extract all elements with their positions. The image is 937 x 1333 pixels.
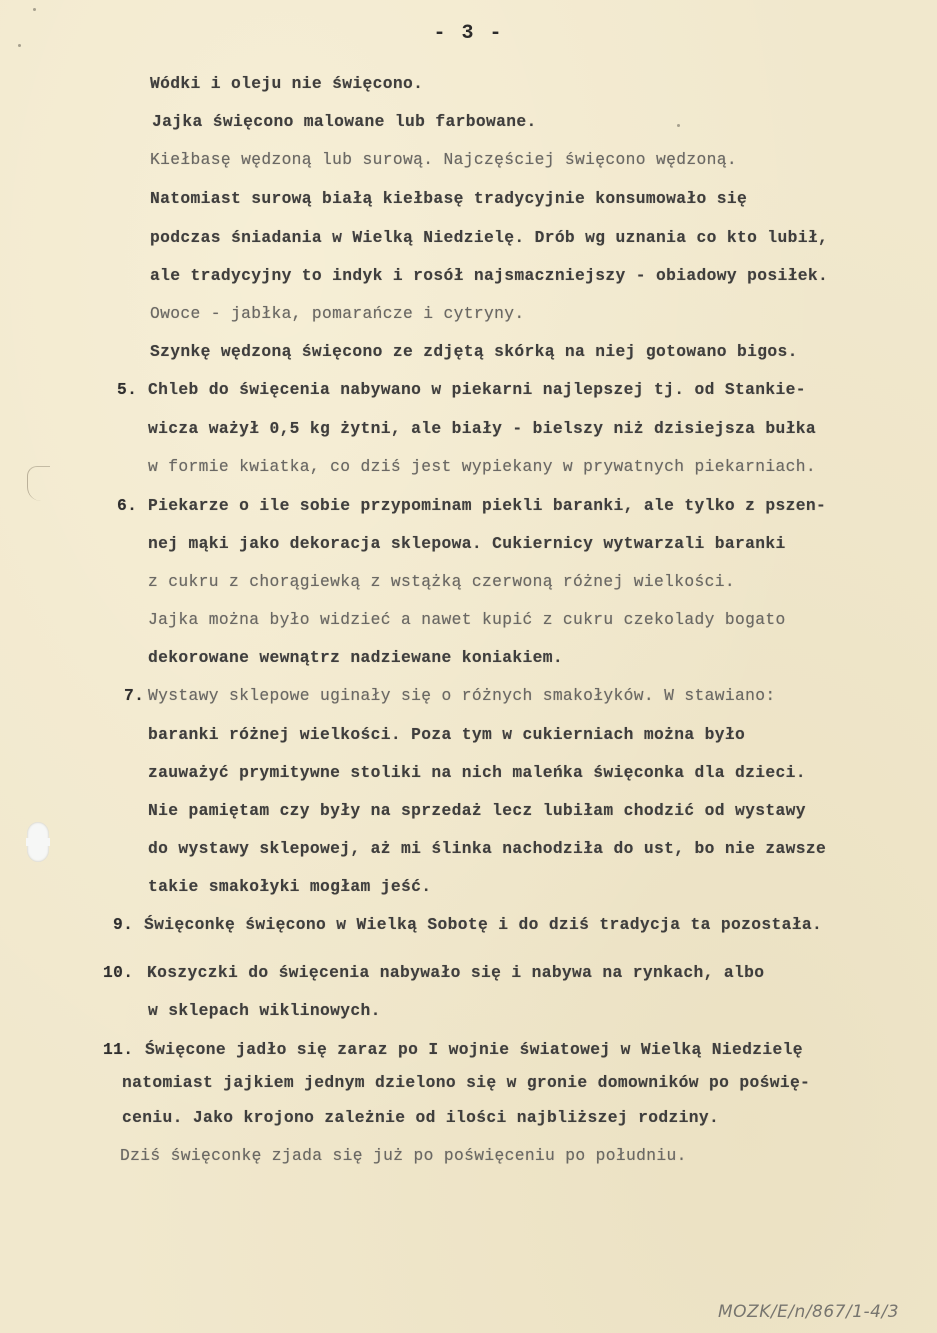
list-item-11: 11.Święcone jadło się zaraz po I wojnie … (103, 1040, 803, 1060)
text-line: Kiełbasę wędzoną lub surową. Najczęściej… (150, 150, 737, 170)
line-text: Piekarze o ile sobie przypominam piekli … (148, 496, 826, 515)
text-line: Jajka można było widzieć a nawet kupić z… (148, 610, 786, 630)
text-line: Dziś święconkę zjada się już po poświęce… (120, 1146, 687, 1166)
line-text: baranki różnej wielkości. Poza tym w cuk… (148, 725, 745, 744)
list-item-9: 9.Święconkę święcono w Wielką Sobotę i d… (113, 915, 822, 935)
line-text: Wystawy sklepowe uginały się o różnych s… (148, 686, 775, 705)
line-text: ceniu. Jako krojono zależnie od ilości n… (122, 1108, 719, 1127)
page-number: - 3 - (0, 22, 937, 45)
line-text: Owoce - jabłka, pomarańcze i cytryny. (150, 304, 524, 323)
line-text: podczas śniadania w Wielką Niedzielę. Dr… (150, 228, 828, 247)
line-text: ale tradycyjny to indyk i rosół najsmacz… (150, 266, 828, 285)
text-line: Wódki i oleju nie święcono. (150, 74, 423, 94)
paper-speck (18, 44, 21, 47)
line-text: do wystawy sklepowej, aż mi ślinka nacho… (148, 839, 826, 858)
line-text: natomiast jajkiem jednym dzielono się w … (122, 1073, 810, 1092)
list-item-7: 7.Wystawy sklepowe uginały się o różnych… (124, 686, 775, 706)
text-line: z cukru z chorągiewką z wstążką czerwoną… (148, 572, 735, 592)
item-number: 9. (113, 915, 144, 935)
line-text: Jajka można było widzieć a nawet kupić z… (148, 610, 786, 629)
paper-speck (33, 8, 36, 11)
line-text: takie smakołyki mogłam jeść. (148, 877, 431, 896)
text-line: podczas śniadania w Wielką Niedzielę. Dr… (150, 228, 828, 248)
text-line: Nie pamiętam czy były na sprzedaż lecz l… (148, 801, 806, 821)
text-line: baranki różnej wielkości. Poza tym w cuk… (148, 725, 745, 745)
text-line: takie smakołyki mogłam jeść. (148, 877, 431, 897)
text-line: Natomiast surową białą kiełbasę tradycyj… (150, 189, 747, 209)
list-item-6: 6.Piekarze o ile sobie przypominam piekl… (117, 496, 826, 516)
line-text: z cukru z chorągiewką z wstążką czerwoną… (148, 572, 735, 591)
line-text: Święconkę święcono w Wielką Sobotę i do … (144, 915, 822, 934)
item-number: 7. (124, 686, 148, 706)
line-text: Jajka święcono malowane lub farbowane. (152, 112, 537, 131)
line-text: Szynkę wędzoną święcono ze zdjętą skórką… (150, 342, 798, 361)
pencil-margin-mark (27, 466, 50, 501)
line-text: Koszyczki do święcenia nabywało się i na… (147, 963, 764, 982)
list-item-10: 10.Koszyczki do święcenia nabywało się i… (103, 963, 764, 983)
punch-hole (27, 822, 49, 862)
text-line: ceniu. Jako krojono zależnie od ilości n… (122, 1108, 719, 1128)
item-number: 5. (117, 380, 148, 400)
line-text: Wódki i oleju nie święcono. (150, 74, 423, 93)
line-text: wicza ważył 0,5 kg żytni, ale biały - bi… (148, 419, 816, 438)
line-text: Natomiast surową białą kiełbasę tradycyj… (150, 189, 747, 208)
scanned-document-page: - 3 - Wódki i oleju nie święcono. Jajka … (0, 0, 937, 1333)
text-line: Owoce - jabłka, pomarańcze i cytryny. (150, 304, 524, 324)
paper-speck (677, 124, 680, 127)
text-line: nej mąki jako dekoracja sklepowa. Cukier… (148, 534, 786, 554)
text-line: w formie kwiatka, co dziś jest wypiekany… (148, 457, 816, 477)
text-line: natomiast jajkiem jednym dzielono się w … (122, 1073, 810, 1093)
line-text: Dziś święconkę zjada się już po poświęce… (120, 1146, 687, 1165)
item-number: 6. (117, 496, 148, 516)
list-item-5: 5.Chleb do święcenia nabywano w piekarni… (117, 380, 806, 400)
text-line: wicza ważył 0,5 kg żytni, ale biały - bi… (148, 419, 816, 439)
text-line: w sklepach wiklinowych. (148, 1001, 381, 1021)
line-text: Nie pamiętam czy były na sprzedaż lecz l… (148, 801, 806, 820)
item-number: 11. (103, 1040, 145, 1060)
text-line: Szynkę wędzoną święcono ze zdjętą skórką… (150, 342, 798, 362)
line-text: Chleb do święcenia nabywano w piekarni n… (148, 380, 806, 399)
text-line: do wystawy sklepowej, aż mi ślinka nacho… (148, 839, 826, 859)
line-text: zauważyć prymitywne stoliki na nich male… (148, 763, 806, 782)
line-text: dekorowane wewnątrz nadziewane koniakiem… (148, 648, 563, 667)
archive-signature: MOZK/E/n/867/1-4/3 (718, 1302, 899, 1322)
line-text: Kiełbasę wędzoną lub surową. Najczęściej… (150, 150, 737, 169)
line-text: nej mąki jako dekoracja sklepowa. Cukier… (148, 534, 786, 553)
line-text: w formie kwiatka, co dziś jest wypiekany… (148, 457, 816, 476)
text-line: ale tradycyjny to indyk i rosół najsmacz… (150, 266, 828, 286)
line-text: w sklepach wiklinowych. (148, 1001, 381, 1020)
line-text: Święcone jadło się zaraz po I wojnie świ… (145, 1040, 803, 1059)
text-line: zauważyć prymitywne stoliki na nich male… (148, 763, 806, 783)
item-number: 10. (103, 963, 147, 983)
text-line: Jajka święcono malowane lub farbowane. (152, 112, 537, 132)
text-line: dekorowane wewnątrz nadziewane koniakiem… (148, 648, 563, 668)
